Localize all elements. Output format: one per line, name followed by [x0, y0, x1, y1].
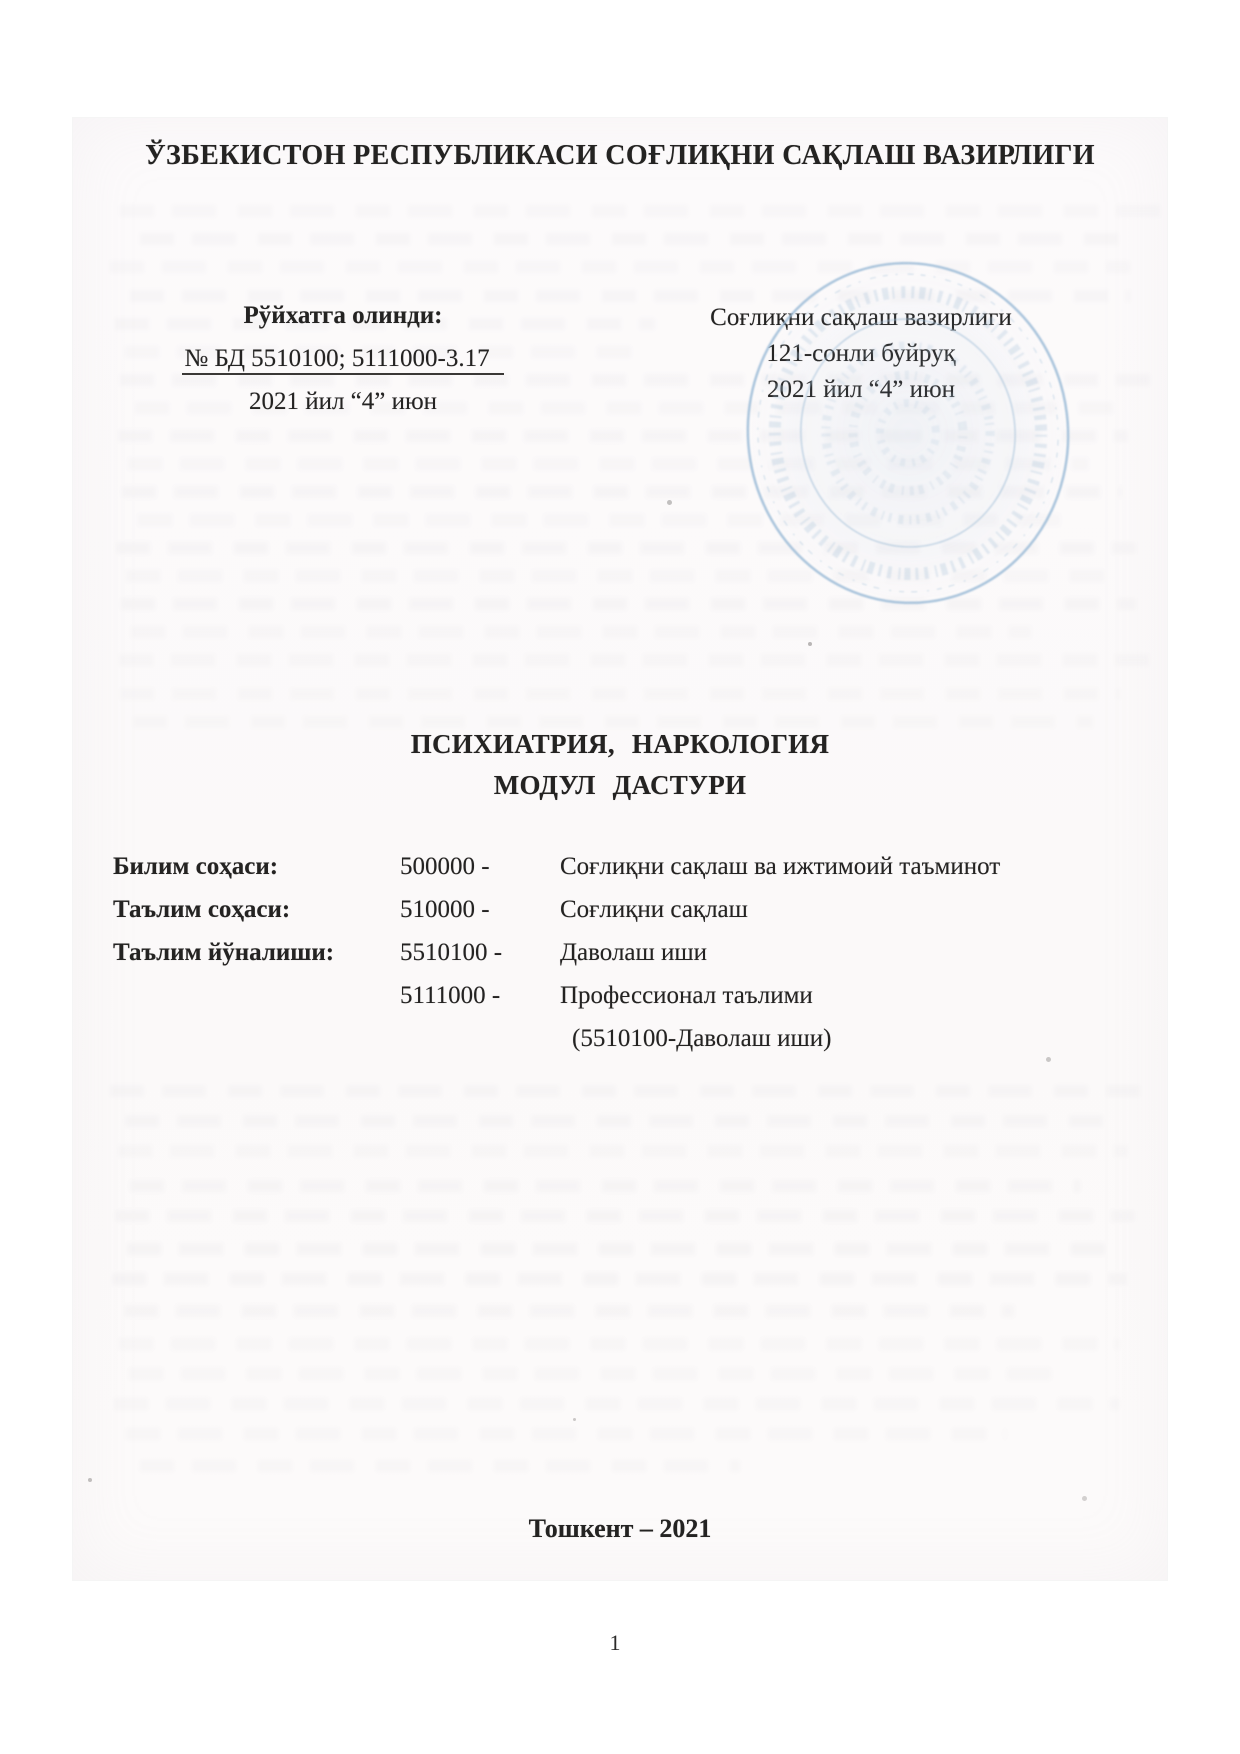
field-row-education-direction: Таълим йўналиши: 5510100 - Даволаш иши — [113, 931, 1123, 974]
page-number: 1 — [0, 1630, 1230, 1656]
field-code: 5510100 - — [400, 931, 560, 974]
field-row-education-area: Таълим соҳаси: 510000 - Соғлиқни сақлаш — [113, 888, 1123, 931]
module-title-block: ПСИХИАТРИЯ, НАРКОЛОГИЯ МОДУЛ ДАСТУРИ — [73, 724, 1167, 806]
field-row-continuation: (5510100-Даволаш иши) — [113, 1017, 1123, 1060]
scanned-document-screenshot: { "document": { "header_title": "ЎЗБЕКИС… — [0, 0, 1240, 1754]
field-value: Профессионал таълими — [560, 974, 1123, 1017]
field-value: Даволаш иши — [560, 931, 1123, 974]
module-title-line2: МОДУЛ ДАСТУРИ — [73, 765, 1167, 806]
field-label: Таълим йўналиши: — [113, 931, 400, 974]
education-fields-table: Билим соҳаси: 500000 - Соғлиқни сақлаш в… — [113, 845, 1123, 1060]
field-value: Соғлиқни сақлаш ва ижтимоий таъминот — [560, 845, 1123, 888]
registration-block: Рўйхатга олинди: № БД 5510100; 5111000-3… — [93, 294, 593, 423]
field-code: 510000 - — [400, 888, 560, 931]
ministry-round-seal-icon — [713, 235, 1104, 631]
module-title-line1: ПСИХИАТРИЯ, НАРКОЛОГИЯ — [73, 724, 1167, 765]
city-year-footer: Тошкент – 2021 — [73, 1514, 1167, 1544]
registration-title: Рўйхатга олинди: — [93, 294, 593, 337]
field-label — [113, 974, 400, 1017]
registration-number: № БД 5510100; 5111000-3.17 — [182, 345, 503, 375]
field-code: 5111000 - — [400, 974, 560, 1017]
field-label: Таълим соҳаси: — [113, 888, 400, 931]
ministry-header-title: ЎЗБЕКИСТОН РЕСПУБЛИКАСИ СОҒЛИҚНИ САҚЛАШ … — [73, 140, 1167, 172]
scanned-page: ЎЗБЕКИСТОН РЕСПУБЛИКАСИ СОҒЛИҚНИ САҚЛАШ … — [73, 118, 1167, 1580]
registration-number-line: № БД 5510100; 5111000-3.17 — [93, 337, 593, 380]
field-value: Соғлиқни сақлаш — [560, 888, 1123, 931]
field-value-continuation: (5510100-Даволаш иши) — [560, 1017, 1123, 1060]
field-code: 500000 - — [400, 845, 560, 888]
registration-date: 2021 йил “4” июн — [93, 380, 593, 423]
field-row-knowledge-area: Билим соҳаси: 500000 - Соғлиқни сақлаш в… — [113, 845, 1123, 888]
field-row-professional-education: 5111000 - Профессионал таълими — [113, 974, 1123, 1017]
field-label: Билим соҳаси: — [113, 845, 400, 888]
